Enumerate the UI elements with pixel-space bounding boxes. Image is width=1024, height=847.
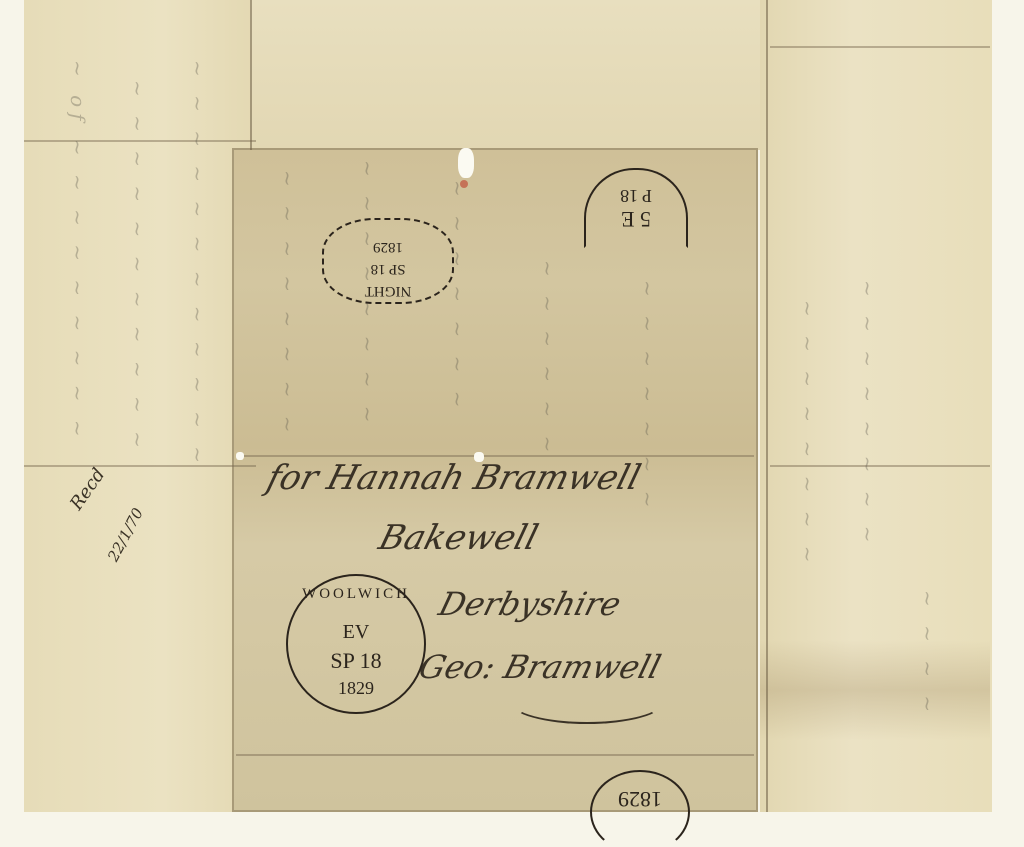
address-town: Bakewell xyxy=(375,518,543,558)
fold-line xyxy=(250,0,252,150)
water-stain xyxy=(760,640,990,740)
bleed-through-text: ~ ~ ~ ~ ~ ~ ~ ~ ~ ~ ~ xyxy=(126,80,150,454)
bleed-through-text: ~ ~ ~ ~ ~ ~ ~ ~ xyxy=(276,170,300,439)
bleed-through-text: ~ ~ ~ ~ xyxy=(916,590,940,718)
top-flap xyxy=(250,0,768,150)
bottom-postmark-year: 1829 xyxy=(592,786,688,812)
bottom-postmark: 1829 xyxy=(590,770,690,847)
bleed-through-text: ~ ~ ~ ~ ~ ~ ~ ~ ~ ~ ~ ~ xyxy=(186,60,210,469)
bleed-through-text: ~ ~ ~ ~ ~ ~ xyxy=(536,260,560,458)
seal-tear xyxy=(458,148,474,178)
postmark-date: SP 18 xyxy=(288,648,424,674)
bleed-through-text: ~ ~ ~ ~ ~ ~ ~ ~ xyxy=(796,300,820,569)
night-postmark: NIGHT SP 18 1829 xyxy=(322,218,454,304)
fold-line xyxy=(236,455,754,457)
fold-line xyxy=(24,465,256,467)
oval-line3: 1829 xyxy=(324,236,452,258)
address-recipient: for Hannah Bramwell xyxy=(263,458,645,498)
oval-line1: NIGHT xyxy=(324,280,452,302)
arrival-date: P 18 xyxy=(586,185,686,206)
woolwich-postmark: WOOLWICH EV SP 18 1829 xyxy=(286,574,426,714)
pen-flourish xyxy=(510,680,664,724)
bleed-through-text: ~ ~ ~ ~ ~ ~ ~ ~ xyxy=(856,280,880,549)
postmark-year: 1829 xyxy=(288,678,424,699)
wax-seal-trace xyxy=(460,180,468,188)
oval-line2: SP 18 xyxy=(324,258,452,280)
postmark-code: EV xyxy=(288,621,424,644)
fold-line xyxy=(236,754,754,756)
fold-line xyxy=(766,0,768,812)
address-county: Derbyshire xyxy=(435,585,625,623)
seal-tear xyxy=(236,452,244,460)
address-sender: Geo: Bramwell xyxy=(415,648,665,686)
postmark-town: WOOLWICH xyxy=(288,586,424,603)
bleed-through-text: ~ of ~ ~ ~ ~ ~ ~ ~ ~ ~ xyxy=(66,60,90,443)
arrival-code: 5 E xyxy=(586,206,686,232)
fold-line xyxy=(770,46,990,48)
